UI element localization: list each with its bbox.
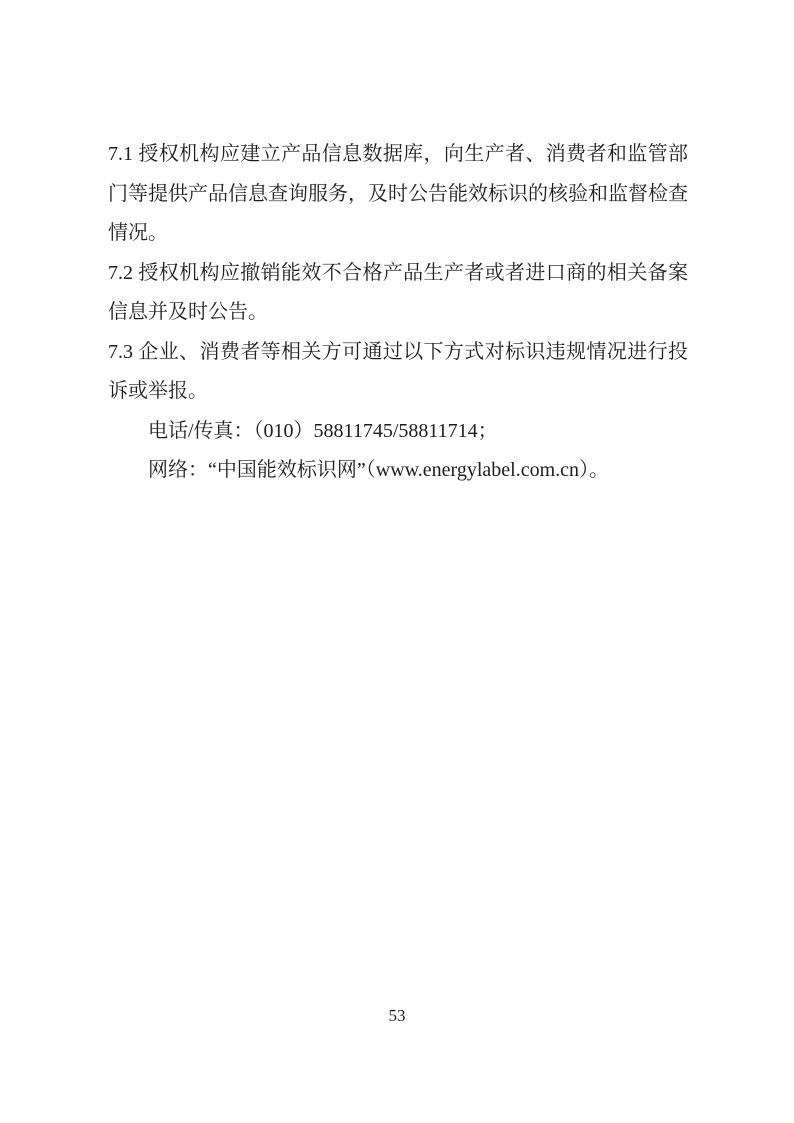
section-7-3-line-2: 诉或举报。 — [108, 372, 688, 412]
contact-phone-fax-line: 电话/传真：（010）58811745/58811714； — [108, 412, 688, 452]
section-7-1-line-3: 情况。 — [108, 214, 688, 254]
section-7-2-line-2: 信息并及时公告。 — [108, 293, 688, 333]
contact-website-line: 网络：“中国能效标识网”（www.energylabel.com.cn）。 — [108, 451, 688, 491]
page-number: 53 — [0, 1004, 794, 1028]
section-7-3-line-1: 7.3 企业、消费者等相关方可通过以下方式对标识违规情况进行投 — [108, 333, 688, 373]
section-7-1-line-1: 7.1 授权机构应建立产品信息数据库，向生产者、消费者和监管部 — [108, 135, 688, 175]
document-page: 7.1 授权机构应建立产品信息数据库，向生产者、消费者和监管部 门等提供产品信息… — [0, 0, 794, 1123]
section-7-1-line-2: 门等提供产品信息查询服务，及时公告能效标识的核验和监督检查 — [108, 175, 688, 215]
document-body: 7.1 授权机构应建立产品信息数据库，向生产者、消费者和监管部 门等提供产品信息… — [108, 135, 688, 491]
section-7-2-line-1: 7.2 授权机构应撤销能效不合格产品生产者或者进口商的相关备案 — [108, 254, 688, 294]
